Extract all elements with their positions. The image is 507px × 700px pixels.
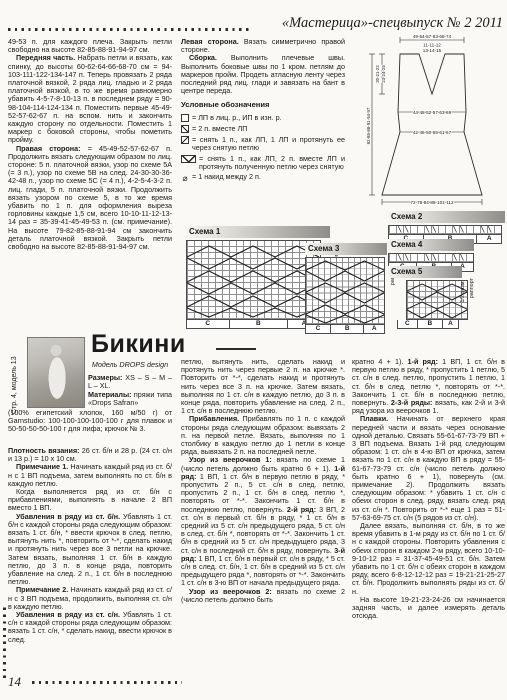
measure-neck-1: 20-21-22: [375, 65, 380, 83]
paragraph: Сборка. Выполнить плечевые швы. Выполнит…: [181, 54, 345, 95]
measure-height: 82-85-88-91-94-97: [366, 107, 371, 144]
bikini-intro: Модель DROPS design Размеры: XS – S – M …: [88, 361, 172, 407]
column-right-bottom: кратно 4 + 1). 1-й ряд: 1 ВП, 1 ст. б/н …: [352, 358, 505, 658]
paragraph: петлю, вытянуть нить, сделать накид и пр…: [181, 358, 345, 415]
paragraph: Узор из веерочков 1: вязать по схеме 1 (…: [181, 456, 345, 587]
paragraph: Примечание 1. Начинать каждый ряд из ст.…: [8, 463, 172, 488]
garment-schematic: 49-54-57-63-68-74 11-11-12 13-14-15 82-8…: [352, 32, 507, 208]
magazine-page: «Мастерица»-спецвыпуск № 2 2011 49-53 п.…: [0, 0, 507, 700]
knitting-chart-grid: [186, 240, 321, 320]
paragraph: Прибавления. Прибавлять по 1 п. с каждой…: [181, 415, 345, 456]
chart-title: Схема 1: [186, 226, 330, 238]
legend-item: = снять 1 п., как ЛП, 2 п. вместе ЛП и п…: [181, 155, 345, 171]
chart-section-letters: C B A: [186, 320, 321, 329]
legend-item: = ЛП в лиц. р., ИП в изн. р.: [181, 114, 345, 123]
stitch-strip: \\ \\ \\: [388, 253, 474, 263]
paragraph: Далее вязать, выполняя ст. б/н, в то же …: [352, 522, 505, 596]
measure-neck-2: 23-24-25: [381, 65, 386, 83]
chart-title: Схема 2: [388, 211, 505, 223]
margin-note: Стр. 4, модель 13: [11, 336, 18, 414]
chart-section-letters: C B A: [397, 320, 459, 329]
k2tog-icon: [181, 125, 189, 133]
paragraph: Убавления в ряду из ст. б/н. Убавлять 1 …: [8, 513, 172, 587]
paragraph: На высоте 19-21-23-24-26 см начинается з…: [352, 596, 505, 621]
designer-credit: Модель DROPS design: [88, 361, 172, 369]
knitting-chart-grid: [305, 257, 385, 325]
footer-dotted-rule: [32, 681, 182, 684]
yarn-over-icon: ⌀: [181, 174, 189, 182]
measure-top: 49-54-57-63-68-74: [413, 34, 452, 39]
chevron-pattern: [187, 241, 320, 319]
measure-shoulder-1: 11-11-12: [423, 43, 441, 48]
section-heading: Бикини: [91, 330, 186, 359]
model-photo: [27, 337, 85, 408]
paragraph: Левая сторона. Вязать симметрично правой…: [181, 38, 345, 54]
legend-title: Условные обозначения: [181, 101, 345, 109]
chevron-pattern: [407, 281, 467, 319]
column-middle-top: Левая сторона. Вязать симметрично правой…: [181, 38, 345, 184]
legend-item: ⌀ = 1 накид между 2 п.: [181, 173, 345, 182]
ssk-icon: [181, 136, 189, 144]
paragraph: Примечание 2. Начинать каждый ряд из ст.…: [8, 586, 172, 611]
half-size-label: 1/2 разм.: [460, 280, 466, 303]
column-left-bottom: Плотность вязания: 26 ст. б/н и 28 р. (2…: [8, 447, 172, 673]
measure-waist: 42-46-50-55-61-67: [413, 130, 452, 135]
measure-hem: 72-78-84-89-101-112: [410, 200, 454, 205]
measure-shoulder-2: 13-14-15: [423, 48, 442, 53]
page-header-title: «Мастерица»-спецвыпуск № 2 2011: [255, 15, 503, 32]
bikini-materials-cont: (100% египетский хлопок, 160 м/50 г) от …: [8, 409, 172, 434]
tunic-outline: [382, 54, 482, 195]
paragraph: Размеры: XS – S – M – L – XL.: [88, 374, 172, 390]
margin-dotted-rule: [3, 606, 6, 678]
paragraph: Материалы: пряжи типа «Drops Safran»: [88, 391, 172, 407]
paragraph: Плотность вязания: 26 ст. б/н и 28 р. (2…: [8, 447, 172, 463]
chart-schema-5: Схема 5 C B A 1/2 разм. раппорт: [388, 266, 462, 329]
strip-symbols: \\ \\ \\: [391, 253, 474, 263]
paragraph: Передняя часть. Набрать петли и вязать, …: [8, 54, 172, 144]
header-dotted-rule: [8, 28, 252, 31]
paragraph: Плавки. Начинать от верхнего края передн…: [352, 415, 505, 522]
stitch-strip: \\ \\ \\ \\: [388, 225, 502, 235]
measure-chest: 44-48-52-57-63-69: [413, 110, 452, 115]
heading-rule: [216, 348, 256, 350]
rapport-label: раппорт: [469, 278, 475, 298]
strip-symbols: \\ \\ \\ \\: [391, 225, 502, 235]
chart-section-letters: C B A: [305, 325, 385, 334]
schematic-drawing: 49-54-57-63-68-74 11-11-12 13-14-15 82-8…: [352, 32, 507, 208]
chevron-pattern: [306, 258, 384, 324]
column-middle-bottom: петлю, вытянуть нить, сделать накид и пр…: [181, 358, 345, 654]
chart-title: Схема 5: [388, 266, 462, 278]
knitting-chart-grid: [406, 280, 468, 320]
page-number: 14: [8, 674, 21, 690]
paragraph: Правая сторона: = 45-49-52-57-62-67 п. П…: [8, 145, 172, 252]
paragraph: Узор из веерочков 2: вязать по схеме 2 (…: [181, 588, 345, 604]
legend-item: = 2 п. вместе ЛП: [181, 125, 345, 134]
paragraph: 49-53 п. для каждого плеча. Закрыть петл…: [8, 38, 172, 54]
chart-title: Схема 3: [305, 243, 387, 255]
paragraph: Когда выполняется ряд из ст. б/н с приба…: [8, 488, 172, 513]
paragraph: Убавления в ряду из ст. с/н. Убавлять 1 …: [8, 611, 172, 644]
legend-item: = снять 1 п., как ЛП, 1 ЛП и протянуть е…: [181, 136, 345, 152]
chart-schema-3: Схема 3 C B A раппорт: [305, 243, 387, 334]
knit-stitch-icon: [181, 114, 189, 122]
paragraph: (100% египетский хлопок, 160 м/50 г) от …: [8, 409, 172, 434]
chart-title: Схема 4: [388, 239, 474, 251]
paragraph: кратно 4 + 1). 1-й ряд: 1 ВП, 1 ст. б/н …: [352, 358, 505, 415]
column-left-top: 49-53 п. для каждого плеча. Закрыть петл…: [8, 38, 172, 251]
sk2p-icon: [181, 155, 196, 163]
